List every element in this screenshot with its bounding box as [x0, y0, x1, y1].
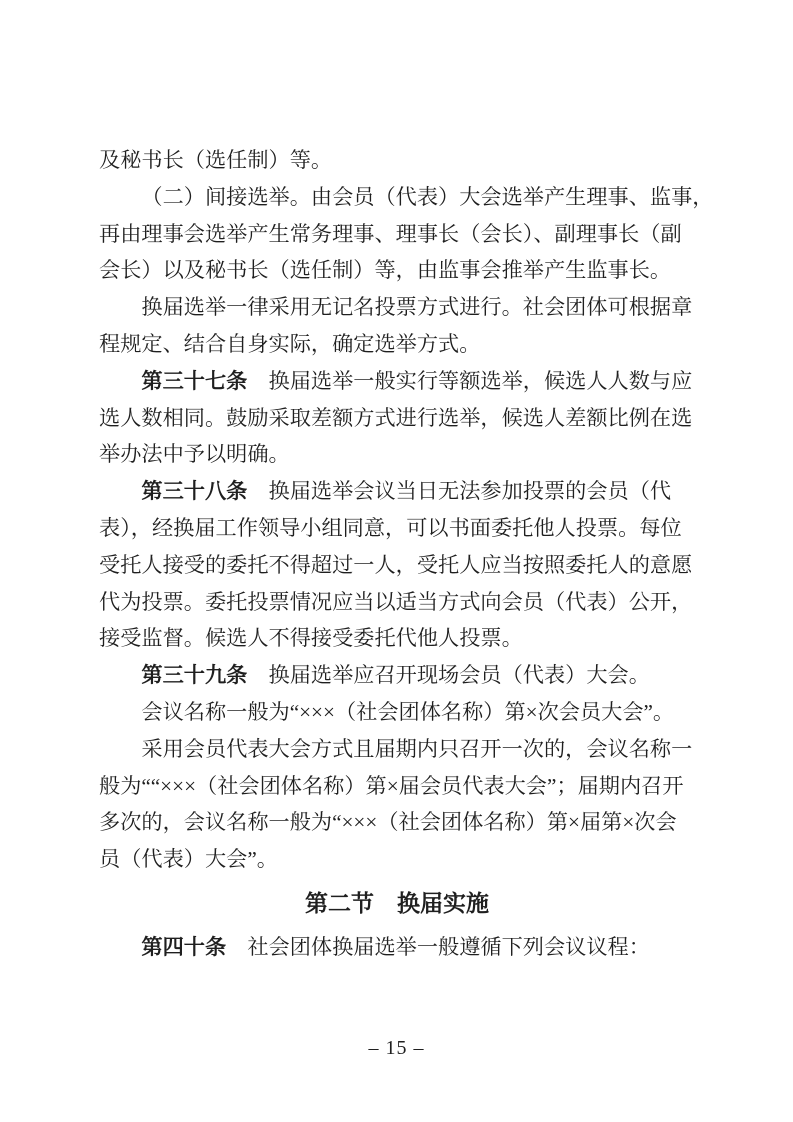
text-run: 多次的，会议名称一般为“×××（社会团体名称）第×届第×次会	[99, 810, 677, 834]
text-run: 表），经换届工作领导小组同意，可以书面委托他人投票。每位	[99, 516, 682, 540]
article-number: 第三十七条	[141, 369, 247, 393]
text-line: 选人数相同。鼓励采取差额方式进行选举，候选人差额比例在选	[99, 400, 695, 437]
text-run: 再由理事会选举产生常务理事、理事长（会长）、副理事长（副	[99, 222, 682, 246]
text-line: 再由理事会选举产生常务理事、理事长（会长）、副理事长（副	[99, 216, 695, 253]
text-run: 般为““×××（社会团体名称）第×届会员代表大会”；届期内召开	[99, 774, 684, 798]
text-run: 程规定、结合自身实际，确定选举方式。	[99, 332, 480, 356]
text-line: 采用会员代表大会方式且届期内只召开一次的，会议名称一	[99, 731, 695, 768]
text-line: 会长）以及秘书长（选任制）等，由监事会推举产生监事长。	[99, 252, 695, 289]
text-run: 换届选举一律采用无记名投票方式进行。社会团体可根据章	[141, 295, 692, 319]
text-run: 受托人接受的委托不得超过一人，受托人应当按照委托人的意愿	[99, 553, 692, 577]
text-run: 采用会员代表大会方式且届期内只召开一次的，会议名称一	[141, 737, 692, 761]
page-number: – 15 –	[369, 1037, 425, 1059]
text-line: 举办法中予以明确。	[99, 436, 695, 473]
text-line: （二）间接选举。由会员（代表）大会选举产生理事、监事，	[99, 179, 695, 216]
text-line: 员（代表）大会”。	[99, 841, 695, 878]
text-run: 代为投票。委托投票情况应当以适当方式向会员（代表）公开，	[99, 590, 692, 614]
text-line: 表），经换届工作领导小组同意，可以书面委托他人投票。每位	[99, 510, 695, 547]
article-number: 第三十九条	[141, 663, 247, 687]
text-line: 般为““×××（社会团体名称）第×届会员代表大会”；届期内召开	[99, 768, 695, 805]
text-run: 换届选举一般实行等额选举，候选人人数与应	[247, 369, 692, 393]
document-page: 及秘书长（选任制）等。（二）间接选举。由会员（代表）大会选举产生理事、监事，再由…	[0, 0, 793, 1122]
text-run: 及秘书长（选任制）等。	[99, 148, 332, 172]
text-line: 及秘书长（选任制）等。	[99, 142, 695, 179]
article-number: 第二节 换届实施	[305, 891, 489, 916]
text-run: （二）间接选举。由会员（代表）大会选举产生理事、监事，	[141, 185, 713, 209]
article-number: 第四十条	[141, 935, 226, 959]
section-heading: 第二节 换届实施	[99, 886, 695, 923]
document-body: 及秘书长（选任制）等。（二）间接选举。由会员（代表）大会选举产生理事、监事，再由…	[99, 142, 695, 966]
text-line: 第三十八条 换届选举会议当日无法参加投票的会员（代	[99, 473, 695, 510]
text-line: 程规定、结合自身实际，确定选举方式。	[99, 326, 695, 363]
text-run: 社会团体换届选举一般遵循下列会议议程：	[226, 935, 650, 959]
page-footer: – 15 –	[0, 1036, 793, 1060]
text-line: 多次的，会议名称一般为“×××（社会团体名称）第×届第×次会	[99, 804, 695, 841]
text-line: 换届选举一律采用无记名投票方式进行。社会团体可根据章	[99, 289, 695, 326]
text-run: 会长）以及秘书长（选任制）等，由监事会推举产生监事长。	[99, 258, 671, 282]
text-run: 举办法中予以明确。	[99, 442, 290, 466]
text-line: 接受监督。候选人不得接受委托代他人投票。	[99, 620, 695, 657]
article-number: 第三十八条	[141, 479, 247, 503]
text-run: 接受监督。候选人不得接受委托代他人投票。	[99, 626, 523, 650]
text-run: 选人数相同。鼓励采取差额方式进行选举，候选人差额比例在选	[99, 406, 692, 430]
text-line: 第三十九条 换届选举应召开现场会员（代表）大会。	[99, 657, 695, 694]
text-run: 员（代表）大会”。	[99, 847, 278, 871]
text-line: 第四十条 社会团体换届选举一般遵循下列会议议程：	[99, 929, 695, 966]
text-line: 第三十七条 换届选举一般实行等额选举，候选人人数与应	[99, 363, 695, 400]
text-line: 会议名称一般为“×××（社会团体名称）第×次会员大会”。	[99, 694, 695, 731]
text-line: 代为投票。委托投票情况应当以适当方式向会员（代表）公开，	[99, 584, 695, 621]
text-run: 会议名称一般为“×××（社会团体名称）第×次会员大会”。	[141, 700, 674, 724]
text-run: 换届选举应召开现场会员（代表）大会。	[247, 663, 650, 687]
text-run: 换届选举会议当日无法参加投票的会员（代	[247, 479, 671, 503]
text-line: 受托人接受的委托不得超过一人，受托人应当按照委托人的意愿	[99, 547, 695, 584]
